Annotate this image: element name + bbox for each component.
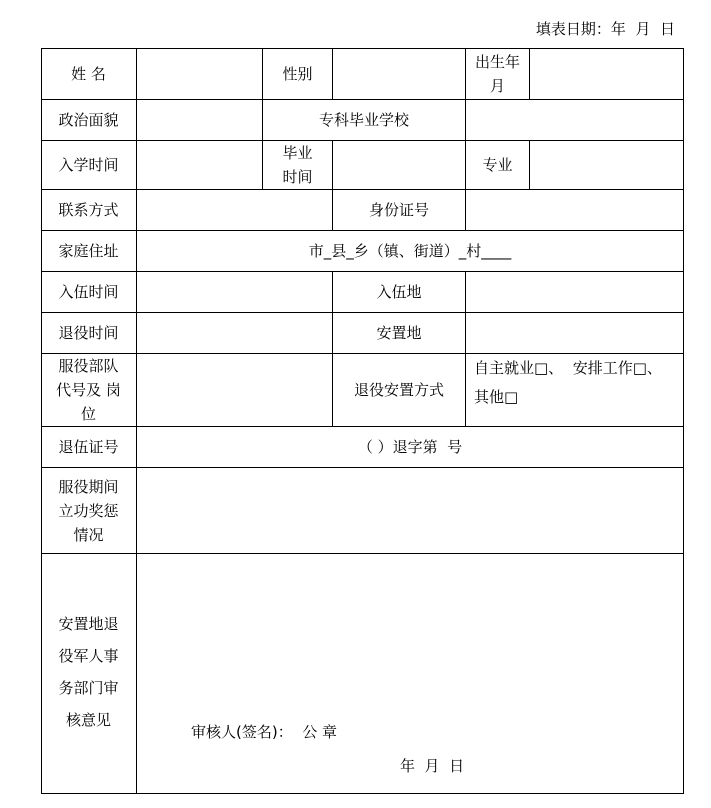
birth-label-line1: 出生年 [475,50,520,74]
gender-field[interactable] [333,48,465,99]
merit-label-line1: 服役期间 [58,475,118,499]
political-field[interactable] [137,100,262,140]
retire-time-field[interactable] [137,313,332,353]
reviewer-signature: 审核人(签名)： 公 章 [191,721,337,742]
id-field[interactable] [466,190,683,230]
unit-label-line2: 代号及 岗 [56,378,121,402]
unit-field[interactable] [137,354,332,426]
review-label-line1: 安置地退 [58,608,118,640]
merit-field[interactable] [137,468,683,553]
enlist-time-field[interactable] [137,272,332,312]
placement-field[interactable] [466,313,683,353]
unit-label: 服役部队 代号及 岗 位 [41,354,136,426]
merit-label: 服役期间 立功奖惩 情况 [41,468,136,553]
placement-options[interactable]: 自主就业□、 安排工作□、 其他□ [466,354,683,426]
enroll-field[interactable] [137,141,262,189]
review-label-line3: 务部门审 [58,672,118,704]
enlist-time-label: 入伍时间 [41,272,136,312]
address-label: 家庭住址 [41,231,136,271]
placement-options-line2[interactable]: 其他□ [474,383,518,412]
grad-label-line2: 时间 [282,165,312,189]
birth-label: 出生年 月 [466,48,529,99]
birth-field[interactable] [530,48,683,99]
college-field[interactable] [466,100,683,140]
gender-label: 性别 [263,48,332,99]
major-field[interactable] [530,141,683,189]
border-bottom [41,793,684,794]
enlist-place-field[interactable] [466,272,683,312]
address-field[interactable]: 市_县_乡（镇、街道）_村____ [137,231,683,271]
enroll-label: 入学时间 [41,141,136,189]
birth-label-line2: 月 [490,74,505,98]
registration-form-table: 姓 名 性别 出生年 月 政治面貌 专科毕业学校 入学时间 毕业 时间 专业 联… [41,48,684,794]
cert-field[interactable]: （ ）退字第 号 [137,427,683,467]
placement-options-line1[interactable]: 自主就业□、 安排工作□、 [474,354,662,383]
fill-date: 填表日期：年 月 日 [536,18,675,39]
college-label: 专科毕业学校 [263,100,465,140]
unit-label-line1: 服役部队 [58,354,118,378]
major-label: 专业 [466,141,529,189]
name-field[interactable] [137,48,262,99]
grad-label-line1: 毕业 [282,141,312,165]
border-right [683,48,684,794]
id-label: 身份证号 [333,190,465,230]
merit-label-line2: 立功奖惩 [58,499,118,523]
enlist-place-label: 入伍地 [333,272,465,312]
contact-field[interactable] [137,190,332,230]
placement-method-label: 退役安置方式 [333,354,465,426]
retire-time-label: 退役时间 [41,313,136,353]
merit-label-line3: 情况 [73,523,103,547]
name-label: 姓 名 [41,48,136,99]
grad-label: 毕业 时间 [263,141,332,189]
review-label: 安置地退 役军人事 务部门审 核意见 [41,608,136,736]
unit-label-line3: 位 [81,402,96,426]
review-label-line2: 役军人事 [58,640,118,672]
review-label-line4: 核意见 [66,704,111,736]
review-date: 年 月 日 [400,755,464,776]
political-label: 政治面貌 [41,100,136,140]
contact-label: 联系方式 [41,190,136,230]
grad-field[interactable] [333,141,465,189]
placement-label: 安置地 [333,313,465,353]
cert-label: 退伍证号 [41,427,136,467]
